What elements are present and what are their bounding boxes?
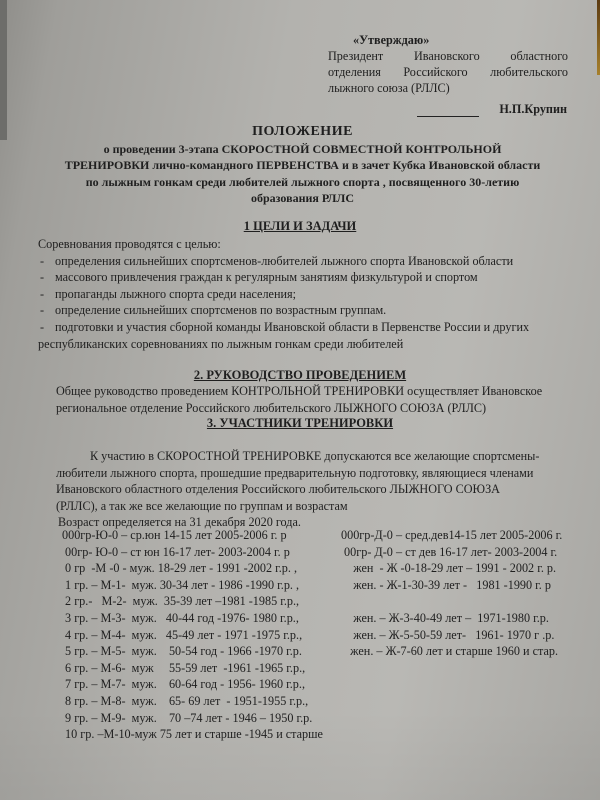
- men-group: 10 гр. –М-10-муж 75 лет и старше -1945 и…: [62, 726, 323, 743]
- section-heading-goals: 1 ЦЕЛИ И ЗАДАЧИ: [20, 219, 580, 234]
- goals-list: определения сильнейших спортсменов-любит…: [38, 253, 558, 353]
- men-group: 3 гр. – М-3- муж. 40-44 год -1976- 1980 …: [62, 610, 299, 627]
- signature-line: Н.П.Крупин: [328, 101, 568, 117]
- participants-line: любители лыжного спорта, прошедшие предв…: [56, 465, 586, 482]
- participants-text: К участию в СКОРОСТНОЙ ТРЕНИРОВКЕ допуск…: [56, 448, 586, 531]
- women-group: 000гр-Д-0 – сред.дев14-15 лет 2005-2006 …: [341, 527, 562, 544]
- participants-line: Ивановского областного отделения Российс…: [56, 481, 586, 498]
- list-item: определения сильнейших спортсменов-любит…: [38, 253, 558, 270]
- men-group: 7 гр. – М-7- муж. 60-64 год - 1956- 1960…: [62, 676, 305, 693]
- women-group: жен. – Ж-7-60 лет и старше 1960 и стар.: [341, 643, 558, 660]
- women-group: 00гр- Д-0 – ст дев 16-17 лет- 2003-2004 …: [341, 544, 557, 561]
- document-title: ПОЛОЖЕНИЕ: [30, 124, 575, 141]
- approval-title: «Утверждаю»: [353, 32, 568, 48]
- men-group: 4 гр. – М-4- муж. 45-49 лет - 1971 -1975…: [62, 627, 302, 644]
- men-group: 000гр-Ю-0 – ср.юн 14-15 лет 2005-2006 г.…: [62, 527, 287, 544]
- subtitle-line: ТРЕНИРОВКИ лично-командного ПЕРВЕНСТВА и…: [30, 157, 575, 174]
- signatory-name: Н.П.Крупин: [499, 102, 567, 116]
- men-group: 2 гр.- М-2- муж. 35-39 лет –1981 -1985 г…: [62, 593, 299, 610]
- approval-block: «Утверждаю» Президент Ивановского област…: [328, 32, 568, 117]
- women-group: жен. – Ж-3-40-49 лет – 1971-1980 г.р.: [341, 610, 549, 627]
- goals-intro: Соревнования проводятся с целью:: [38, 236, 558, 253]
- adjacent-page-edge: [0, 0, 7, 140]
- approval-body: Президент Ивановского областного отделен…: [328, 48, 568, 96]
- men-group: 8 гр. – М-8- муж. 65- 69 лет - 1951-1955…: [62, 693, 308, 710]
- subtitle-line: по лыжным гонкам среди любителей лыжного…: [30, 174, 575, 191]
- section-heading-participants: 3. УЧАСТНИКИ ТРЕНИРОВКИ: [20, 416, 580, 431]
- women-group: жен - Ж -0-18-29 лет – 1991 - 2002 г. р.: [341, 560, 556, 577]
- list-item: подготовки и участия сборной команды Ива…: [38, 319, 558, 352]
- men-group: 1 гр. – М-1- муж. 30-34 лет - 1986 -1990…: [62, 577, 299, 594]
- men-group: 5 гр. – М-5- муж. 50-54 год - 1966 -1970…: [62, 643, 302, 660]
- men-group: 6 гр. – М-6- муж 55-59 лет -1961 -1965 г…: [62, 660, 305, 677]
- list-item: массового привлечения граждан к регулярн…: [38, 269, 558, 286]
- signature-blank: [417, 105, 479, 117]
- document-header: ПОЛОЖЕНИЕ о проведении 3-этапа СКОРОСТНО…: [30, 124, 575, 207]
- management-text: Общее руководство проведением КОНТРОЛЬНО…: [56, 383, 581, 416]
- men-group: 00гр- Ю-0 – ст юн 16-17 лет- 2003-2004 г…: [62, 544, 290, 561]
- participants-line: К участию в СКОРОСТНОЙ ТРЕНИРОВКЕ допуск…: [56, 448, 586, 465]
- men-group: 9 гр. – М-9- муж. 70 –74 лет - 1946 – 19…: [62, 710, 312, 727]
- subtitle-line: о проведении 3-этапа СКОРОСТНОЙ СОВМЕСТН…: [30, 141, 575, 158]
- women-group: жен. – Ж-5-50-59 лет- 1961- 1970 г .р.: [341, 627, 554, 644]
- subtitle-line: образования РЛЛС: [30, 190, 575, 207]
- men-group: 0 гр -М -0 - муж. 18-29 лет - 1991 -2002…: [62, 560, 297, 577]
- list-item: пропаганды лыжного спорта среди населени…: [38, 286, 558, 303]
- women-group: жен. - Ж-1-30-39 лет - 1981 -1990 г. р: [341, 577, 551, 594]
- goals-section: Соревнования проводятся с целью: определ…: [38, 236, 558, 352]
- participants-line: (РЛЛС), а так же все желающие по группам…: [56, 498, 586, 515]
- list-item: определение сильнейших спортсменов по во…: [38, 302, 558, 319]
- section-heading-management: 2. РУКОВОДСТВО ПРОВЕДЕНИЕМ: [20, 368, 580, 383]
